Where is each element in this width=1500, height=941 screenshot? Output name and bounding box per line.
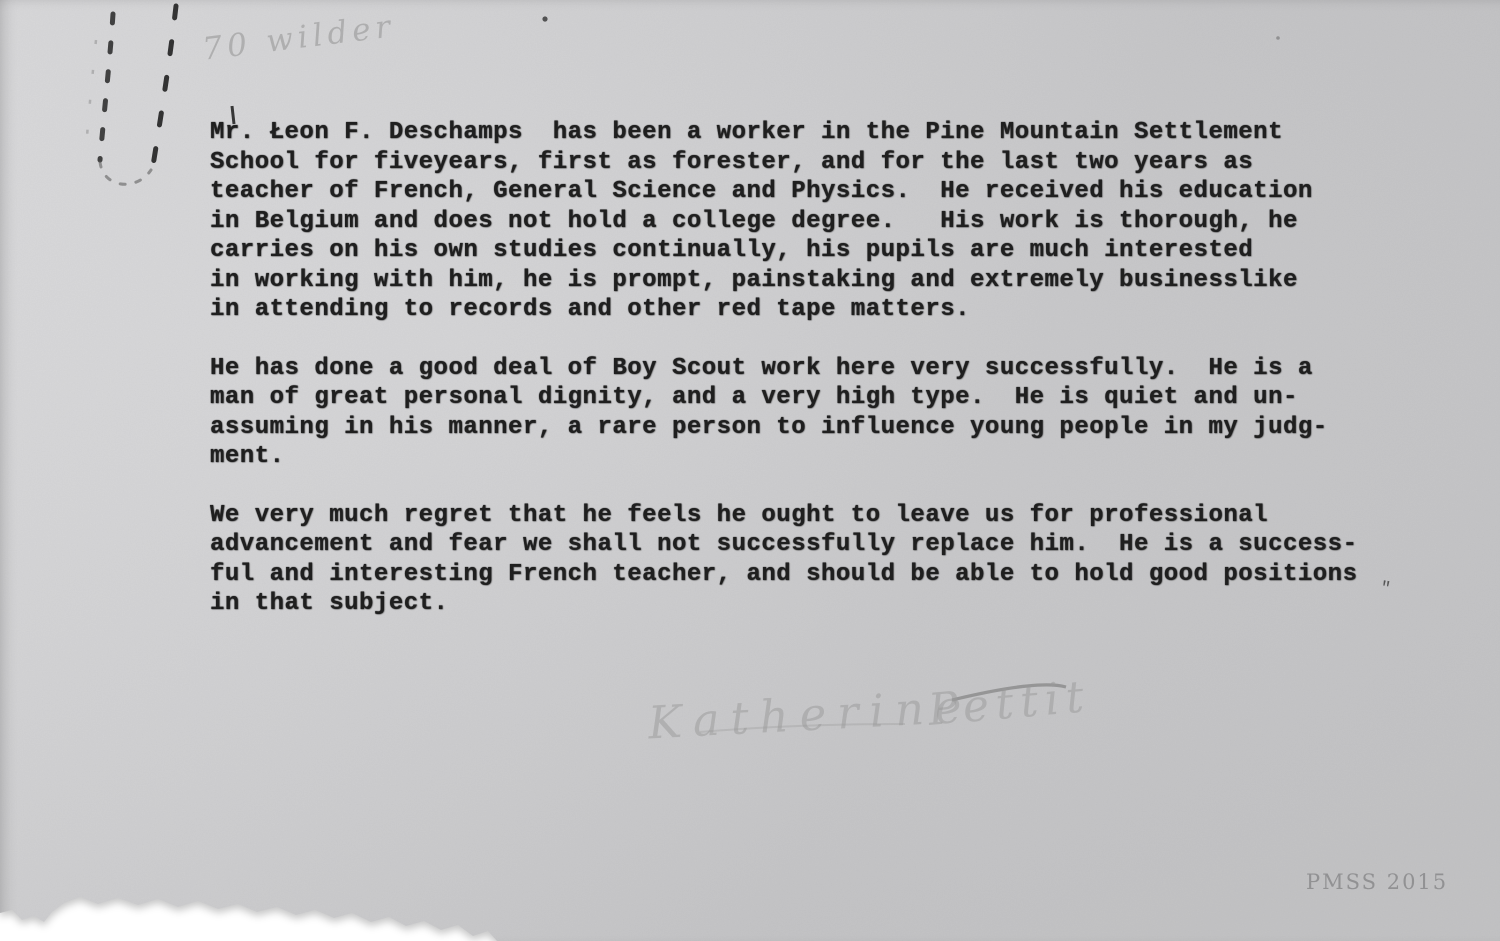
scanned-document-page: 70 wilder Mr. Łeon F. Deschamps has been… bbox=[0, 0, 1500, 941]
paper-sheet: 70 wilder Mr. Łeon F. Deschamps has been… bbox=[0, 0, 1500, 941]
paragraph-3: We very much regret that he feels he oug… bbox=[210, 501, 1410, 619]
letter-line: ful and interesting French teacher, and … bbox=[210, 560, 1410, 590]
signature-first-name: Katherine bbox=[647, 680, 974, 750]
letter-line: carries on his own studies continually, … bbox=[210, 236, 1410, 266]
paper-shadow-wrap: 70 wilder Mr. Łeon F. Deschamps has been… bbox=[0, 0, 1500, 941]
letter-line: assuming in his manner, a rare person to… bbox=[210, 413, 1410, 443]
letter-line: in that subject. bbox=[210, 589, 1410, 619]
letter-line: He has done a good deal of Boy Scout wor… bbox=[210, 354, 1410, 384]
paragraph-1: Mr. Łeon F. Deschamps has been a worker … bbox=[210, 118, 1410, 325]
letter-body: Mr. Łeon F. Deschamps has been a worker … bbox=[210, 118, 1410, 648]
paragraph-2: He has done a good deal of Boy Scout wor… bbox=[210, 354, 1410, 472]
archive-watermark: PMSS 2015 bbox=[1306, 870, 1448, 894]
letter-line: Mr. Łeon F. Deschamps has been a worker … bbox=[210, 118, 1410, 148]
letter-line: in attending to records and other red ta… bbox=[210, 295, 1410, 325]
letter-line: teacher of French, General Science and P… bbox=[210, 177, 1410, 207]
letter-line: ment. bbox=[210, 442, 1410, 472]
letter-line: School for fiveyears, first as forester,… bbox=[210, 148, 1410, 178]
letter-line: in working with him, he is prompt, pains… bbox=[210, 266, 1410, 296]
letter-line: advancement and fear we shall not succes… bbox=[210, 530, 1410, 560]
letter-line: in Belgium and does not hold a college d… bbox=[210, 207, 1410, 237]
letter-line: man of great personal dignity, and a ver… bbox=[210, 383, 1410, 413]
letter-line: We very much regret that he feels he oug… bbox=[210, 501, 1410, 531]
handwritten-note: 70 wilder bbox=[201, 8, 398, 67]
